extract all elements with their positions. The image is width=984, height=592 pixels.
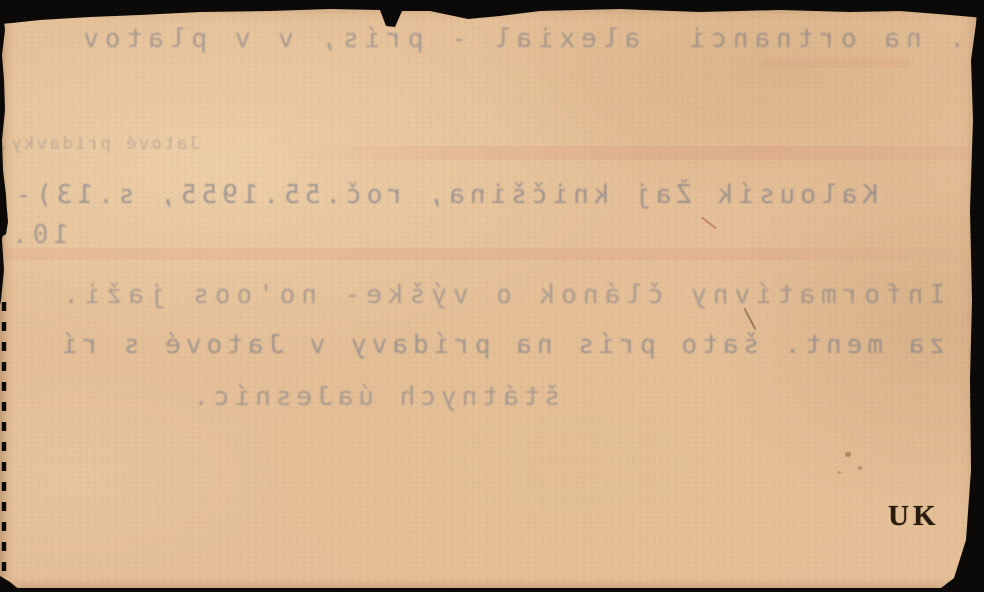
typewriter-line: Jatové prídavky.	[0, 134, 200, 154]
typewriter-line: 10.	[7, 220, 69, 250]
mirrored-typewriter-text-layer: . na ortnanci alexial - prís‚ v v platov…	[0, 0, 984, 592]
typewriter-line: Informatívny článok o výške- no'oos jaži…	[57, 280, 945, 310]
typewriter-line: za ment. šato prís na prídavy v Jatové s…	[57, 330, 945, 360]
typewriter-line: Kalousík Žaj kničšina, roč.55.1955, s.13…	[11, 180, 878, 210]
scanner-background: . na ortnanci alexial - prís‚ v v platov…	[0, 0, 984, 592]
typewriter-line: štátnych úaJesníc.	[188, 382, 560, 412]
catalog-card-paper: . na ortnanci alexial - prís‚ v v platov…	[0, 0, 984, 592]
typewriter-line: . na ortnanci alexial - prís‚ v v platov	[77, 24, 965, 54]
uk-stamp: UK	[888, 500, 940, 533]
